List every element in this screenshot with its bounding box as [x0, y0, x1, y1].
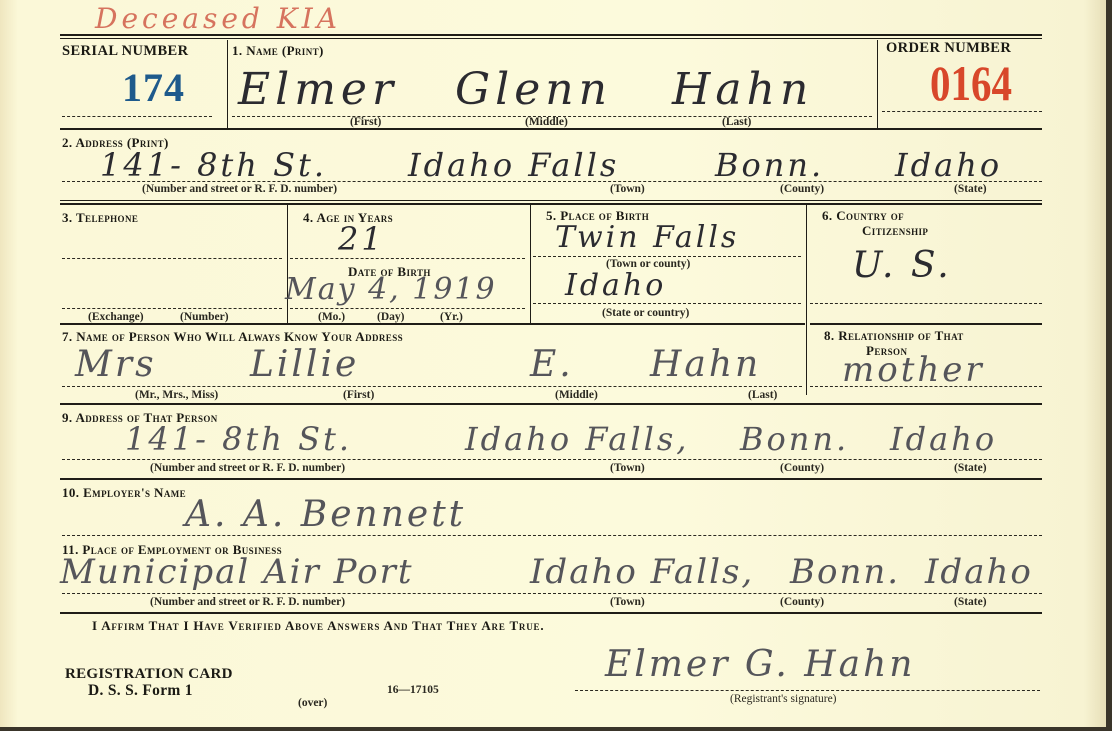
contact-address-sub-street: (Number and street or R. F. D. number)	[150, 462, 345, 474]
contact-address-sub-state: (State)	[954, 462, 987, 474]
order-dash	[882, 111, 1042, 112]
dob-value: May 4, 1919	[285, 272, 497, 307]
employment-place-state: Idaho	[925, 552, 1033, 592]
rule-row1	[60, 128, 1042, 130]
footer-code: 16—17105	[387, 684, 439, 696]
employment-place-sub-state: (State)	[954, 596, 987, 608]
signature-dash	[575, 690, 1040, 691]
contact-sub-middle: (Middle)	[555, 389, 598, 401]
contact-sub-first: (First)	[343, 389, 374, 401]
registration-card: Deceased KIA SERIAL NUMBER 174 1. Name (…	[0, 0, 1106, 727]
dob-sub-day: (Day)	[377, 311, 404, 323]
contact-label: 7. Name of Person Who Will Always Know Y…	[62, 329, 403, 345]
contact-address-street: 141- 8th St.	[125, 420, 352, 458]
employment-place-sub-town: (Town)	[610, 596, 645, 608]
age-divider	[530, 205, 531, 323]
order-divider	[877, 40, 878, 128]
telephone-dash-1	[62, 258, 282, 259]
telephone-dash-2	[62, 308, 282, 309]
address-state: Idaho	[895, 146, 1002, 184]
footer-form: D. S. S. Form 1	[88, 682, 193, 700]
order-number-value: 0164	[930, 54, 1012, 112]
employer-dash	[62, 535, 1042, 536]
footer-title: REGISTRATION CARD	[65, 666, 233, 683]
citizenship-value: U. S.	[852, 245, 952, 286]
dob-sub-yr: (Yr.)	[440, 311, 463, 323]
dob-dash	[290, 308, 525, 309]
telephone-sub-number: (Number)	[180, 311, 229, 323]
birthplace-town: Twin Falls	[555, 220, 739, 255]
contact-dash	[62, 386, 802, 387]
employment-place-sub-street: (Number and street or R. F. D. number)	[150, 596, 345, 608]
deceased-annotation: Deceased KIA	[95, 2, 341, 35]
name-first: Elmer	[238, 64, 398, 115]
contact-sub-last: (Last)	[748, 389, 777, 401]
contact-title: Mrs	[75, 344, 157, 385]
top-rule	[60, 34, 1042, 36]
age-value: 21	[338, 220, 385, 258]
top-rule-2	[60, 38, 1042, 39]
citizenship-label-1: 6. Country of	[822, 208, 904, 224]
employer-label: 10. Employer's Name	[62, 485, 186, 501]
birthplace-dash-2	[533, 303, 801, 304]
contact-address-sub-town: (Town)	[610, 462, 645, 474]
dob-sub-mo: (Mo.)	[318, 311, 345, 323]
birthplace-sub-state: (State or country)	[602, 307, 689, 319]
contact-address-county: Bonn.	[740, 420, 849, 458]
registrant-signature: Elmer G. Hahn	[605, 644, 915, 685]
affirmation-text: I Affirm That I Have Verified Above Answ…	[92, 618, 544, 634]
serial-number-value: 174	[122, 64, 185, 111]
address-street: 141- 8th St.	[100, 146, 327, 184]
name-sub-last: (Last)	[722, 116, 751, 128]
address-town: Idaho Falls	[408, 146, 619, 184]
employment-place-street: Municipal Air Port	[60, 552, 414, 592]
birthplace-dash-1	[533, 256, 801, 257]
rule-row5	[60, 478, 1042, 480]
address-sub-town: (Town)	[610, 183, 645, 195]
relationship-value: mother	[842, 350, 985, 390]
rule-row7	[60, 612, 1042, 614]
contact-address-state: Idaho	[890, 420, 997, 458]
telephone-sub-exchange: (Exchange)	[88, 311, 144, 323]
employment-place-town: Idaho Falls,	[530, 552, 754, 592]
name-label: 1. Name (Print)	[232, 43, 324, 59]
age-dash	[290, 258, 525, 259]
name-sub-first: (First)	[350, 116, 381, 128]
birthplace-divider	[806, 205, 807, 395]
serial-number-label: SERIAL NUMBER	[62, 43, 188, 60]
birthplace-state: Idaho	[565, 268, 666, 303]
name-last: Hahn	[672, 64, 813, 115]
serial-divider	[227, 40, 228, 128]
citizenship-label-2: Citizenship	[862, 223, 928, 239]
address-sub-county: (County)	[780, 183, 824, 195]
rule-row3-left	[60, 323, 805, 325]
relationship-dash	[810, 386, 1042, 387]
employment-place-county: Bonn.	[790, 552, 900, 592]
contact-address-dash	[62, 459, 1042, 460]
address-sub-street: (Number and street or R. F. D. number)	[142, 183, 337, 195]
contact-address-town: Idaho Falls,	[465, 420, 689, 458]
contact-last: Hahn	[650, 344, 761, 385]
contact-sub-title: (Mr., Mrs., Miss)	[135, 389, 218, 401]
telephone-label: 3. Telephone	[62, 210, 138, 226]
rule-row4	[60, 403, 1042, 405]
address-dash	[62, 181, 1042, 182]
citizenship-dash	[810, 303, 1042, 304]
rule-row3-right	[810, 323, 1042, 325]
contact-first: Lillie	[250, 344, 359, 385]
rule-row2	[60, 200, 1042, 205]
address-sub-state: (State)	[954, 183, 987, 195]
contact-address-sub-county: (County)	[780, 462, 824, 474]
name-middle: Glenn	[455, 64, 612, 115]
employment-place-dash	[62, 593, 1042, 594]
employment-place-sub-county: (County)	[780, 596, 824, 608]
address-county: Bonn.	[715, 146, 824, 184]
serial-dash	[62, 116, 212, 117]
employer-value: A. A. Bennett	[185, 494, 466, 535]
signature-sub: (Registrant's signature)	[730, 693, 837, 705]
contact-middle: E.	[530, 344, 574, 385]
footer-over: (over)	[298, 697, 327, 709]
name-sub-middle: (Middle)	[525, 116, 568, 128]
relationship-label-1: 8. Relationship of That	[824, 328, 964, 344]
